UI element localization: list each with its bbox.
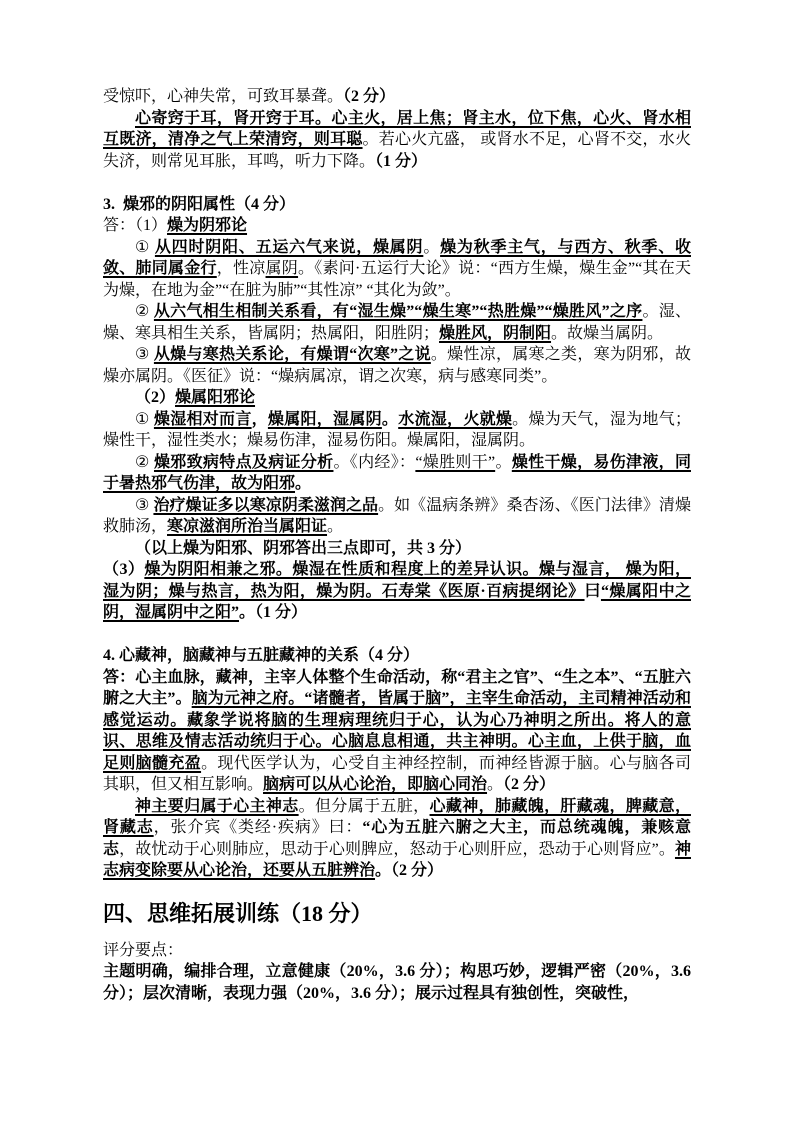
text-run: （以上燥为阳邪、阴邪答出三点即可，共 3 分） [135,540,471,557]
text-run: 评分要点： [103,942,183,959]
text-run: 从燥与寒热关系论，有燥谓“次寒”之说 [154,346,431,363]
paragraph: 答：心主血脉，藏神，主宰人体整个生命活动，称“君主之官”、“生之本”、“五脏六腑… [103,667,691,796]
paragraph: （3）燥为阴阳相兼之邪。燥湿在性质和程度上的差异认识。燥与湿言， 燥为阳，湿为阴… [103,559,691,624]
text-run: 水流湿，火就燥 [398,411,512,428]
text-run: 。 [375,862,391,879]
text-run: ， [252,411,268,428]
text-run: ③ [135,497,153,514]
document-page: 受惊吓，心神失常，可致耳暴聋。（2 分）心寄窍于耳，肾开窍于耳。心主火，居上焦；… [0,0,794,1123]
text-run: ② [135,454,154,471]
document-content: 受惊吓，心神失常，可致耳暴聋。（2 分）心寄窍于耳，肾开窍于耳。心主火，居上焦；… [103,86,691,1004]
paragraph: ③ 从燥与寒热关系论，有燥谓“次寒”之说。燥性凉，属寒之类，寒为阴邪，故燥亦属阴… [103,344,691,387]
text-run: （1 分） [375,153,427,170]
text-run: 。 [495,454,512,471]
text-run: 。 [295,475,311,492]
text-run: 治疗燥证多以寒凉阴柔滋润之品 [153,497,378,514]
paragraph: 神主要归属于心主神志。但分属于五脏，心藏神，肺藏魄，肝藏魂，脾藏意，肾藏志，张介… [103,796,691,882]
paragraph: （2）燥属阳邪论 [103,387,691,409]
text-run: 燥邪致病特点及病证分析 [154,454,333,471]
text-run: 答：（1） [103,217,167,234]
text-run: 。 [239,604,255,621]
text-run: 四、思维拓展训练（18 分） [103,901,373,926]
paragraph: ① 从四时阴阳、五运六气来说，燥属阴。燥为秋季主气，与西方、秋季、收敛、肺同属金… [103,237,691,302]
text-run: 。 [327,518,343,535]
paragraph: 主题明确，编排合理，立意健康（20%，3.6 分）；构思巧妙，逻辑严密（20%，… [103,961,691,1004]
text-run: 曰 [585,583,601,600]
text-run: ，张介宾《类经·疾病》曰： [154,819,363,836]
section-heading: 3. 燥邪的阴阳属性（4 分） [103,194,691,216]
text-run: 从四时阴阳、五运六气来说，燥属阴 [155,239,423,256]
text-run: （2 分） [343,88,395,105]
text-run: 主题明确，编排合理，立意健康（20%，3.6 分）；构思巧妙，逻辑严密（20%，… [103,963,695,1002]
text-run: ② [135,303,154,320]
text-run: 燥胜风，阴制阳 [439,325,551,342]
section-title: 四、思维拓展训练（18 分） [103,899,691,929]
paragraph: ① 燥湿相对而言，燥属阳，湿属阴。水流湿，火就燥。燥为天气，湿为地气；燥性干，湿… [103,409,691,452]
text-run: ，故忧动于心则肺应，思动于心则脾应，怒动于心则肝应，恐动于心则肾应”。 [119,841,675,858]
text-run: 。 [382,411,398,428]
text-run: 。故燥当属阴。 [551,325,663,342]
text-run: ① [135,411,154,428]
text-run: 燥湿相对而言 [154,411,252,428]
text-run: 燥属阳邪论 [175,389,255,406]
text-run: 燥属阳，湿属阴 [268,411,382,428]
paragraph: ② 燥邪致病特点及病证分析。《内经》：“燥胜则干”。燥性干燥，易伤津液，同于暑热… [103,452,691,495]
text-run: 4. 心藏神，脑藏神与五脏藏神的关系（4 分） [103,647,419,664]
text-run: （2） [135,389,175,406]
text-run: 3. 燥邪的阴阳属性（4 分） [103,196,295,213]
paragraph: ② 从六气相生相制关系看，有“湿生燥”“燥生寒”“热胜燥”“燥胜风”之序。湿、燥… [103,301,691,344]
text-run: 脑病可以从心论治，即脑心同治 [263,776,487,793]
text-run: （1 分） [255,604,307,621]
text-run: 。 [423,239,440,256]
paragraph: 心寄窍于耳，肾开窍于耳。心主火，居上焦；肾主水，位下焦，心火、肾水相互既济，清净… [103,108,691,173]
text-run: ① [135,239,155,256]
text-run: （3） [103,561,144,578]
text-run: 寒凉滋润所治当属阳证 [167,518,327,535]
text-run: ③ [135,346,154,363]
text-run: （2 分） [391,862,443,879]
paragraph: 受惊吓，心神失常，可致耳暴聋。（2 分） [103,86,691,108]
text-run: 从六气相生相制关系看，有“湿生燥”“燥生寒”“热胜燥”“燥胜风”之序 [154,303,643,320]
text-run: 。 [487,776,503,793]
text-run: “燥胜则干” [415,454,495,471]
text-run: 燥为阴邪论 [167,217,247,234]
text-run: （2 分） [503,776,555,793]
text-run: 。但分属于五脏， [299,798,430,815]
paragraph: 评分要点： [103,940,691,962]
text-run: 神主要归属于心主神志 [135,798,299,815]
text-run: ，性凉 [217,260,266,277]
section-heading: 4. 心藏神，脑藏神与五脏藏神的关系（4 分） [103,645,691,667]
text-run: 。《内经》： [333,454,415,471]
paragraph: （以上燥为阳邪、阴邪答出三点即可，共 3 分） [103,538,691,560]
paragraph: ③ 治疗燥证多以寒凉阴柔滋润之品。如《温病条辨》桑杏汤、《医门法律》清燥救肺汤，… [103,495,691,538]
text-run: 属阴 [266,260,299,277]
paragraph: 答：（1）燥为阴邪论 [103,215,691,237]
text-run: 受惊吓，心神失常，可致耳暴聋。 [103,88,343,105]
